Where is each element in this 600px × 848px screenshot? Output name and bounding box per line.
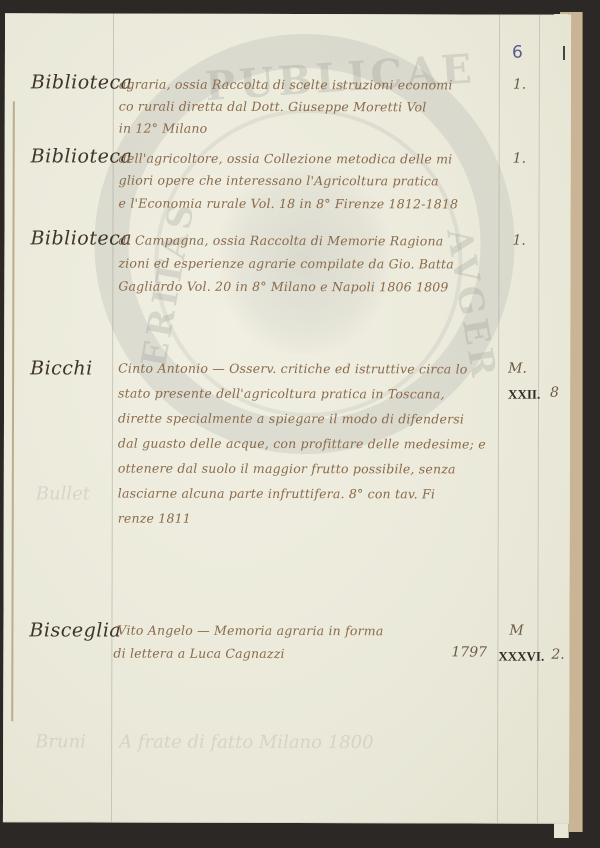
entry-heading: Biblioteca (30, 227, 132, 249)
entry-line: lasciarne alcuna parte infruttifera. 8° … (118, 486, 488, 502)
entry-line: dirette specialmente a spiegare il modo … (118, 411, 488, 427)
binding-thread (11, 101, 15, 721)
entry-line: renze 1811 (118, 511, 488, 527)
column-rule-heading (111, 14, 114, 822)
entry-line: di Campagna, ossia Raccolta di Memorie R… (118, 233, 488, 249)
manuscript-page: PUBLICAE ERITAS AVGER Bullet Bruni A fra… (3, 13, 571, 823)
entry-volume: 1. (512, 233, 525, 249)
bleed-through-text: Bruni (35, 731, 86, 752)
entry-line: Cinto Antonio — Osserv. critiche ed istr… (118, 361, 488, 377)
entry-ref: 8 (550, 385, 559, 401)
bleed-through-text: A frate di fatto Milano 1800 (119, 732, 373, 754)
entry-heading: Biblioteca (31, 145, 133, 167)
entry-volume: M (509, 623, 523, 639)
entry-line: dell'agricoltore, ossia Collezione metod… (119, 151, 489, 167)
entry-volume: 1. (513, 151, 526, 167)
entry-line: gliori opere che interessano l'Agricoltu… (119, 173, 489, 189)
entry-line: agraria, ossia Raccolta di scelte istruz… (119, 77, 489, 93)
entry-number: XXXVI. (498, 649, 544, 665)
entry-ref: 2. (551, 647, 564, 663)
entry-line: dal guasto delle acque, con profittare d… (118, 436, 488, 452)
entry-heading: Bisceglia (29, 619, 121, 641)
column-rule-volume (497, 15, 500, 823)
margin-tick-mark (563, 46, 565, 60)
entry-number: XXII. (508, 387, 540, 403)
column-rule-number (537, 15, 540, 823)
entry-line: co rurali diretta dal Dott. Giuseppe Mor… (119, 99, 489, 115)
bleed-through-text: Bullet (36, 483, 90, 504)
entry-line: e l'Economia rurale Vol. 18 in 8° Firenz… (119, 196, 489, 212)
entry-line: stato presente dell'agricoltura pratica … (118, 386, 488, 402)
page-number: 6 (512, 43, 523, 63)
entry-heading: Bicchi (30, 357, 93, 379)
entry-line: in 12° Milano (119, 121, 489, 137)
entry-volume: 1. (513, 77, 526, 93)
entry-heading: Biblioteca (31, 71, 133, 93)
entry-line: ottenere dal suolo il maggior frutto pos… (118, 461, 488, 477)
catalog-entry: Bisceglia Vito Angelo — Memoria agraria … (3, 619, 569, 620)
entry-line: Gagliardo Vol. 20 in 8° Milano e Napoli … (118, 279, 488, 295)
entry-line: zioni ed esperienze agrarie compilate da… (118, 256, 488, 272)
entry-year: 1797 (451, 644, 487, 660)
entry-line: Vito Angelo — Memoria agraria in forma (117, 623, 487, 639)
entry-line: di lettera a Luca Cagnazzi (113, 646, 483, 662)
entry-volume: M. (508, 361, 527, 377)
